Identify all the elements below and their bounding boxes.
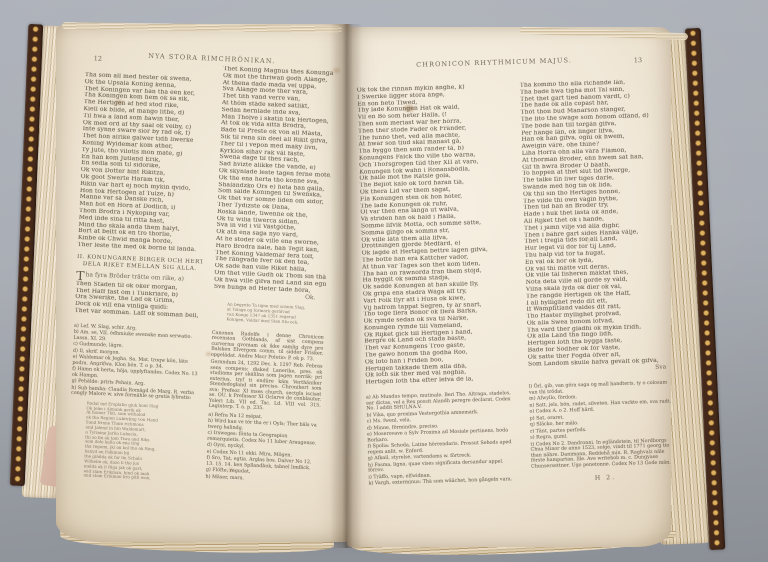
verse-lines: Tha kommo tho alla richande län,Tha bade… [520,78,676,368]
photo-backdrop: 12 NYA STORA RIMCHRÖNIKAN. Tha som all m… [0,0,768,562]
right-page-column-2: Tha kommo tho alla richande län,Tha bade… [520,78,680,484]
right-page-number: 13 [634,56,643,64]
footnotes: a) Lef. W. Slag, schir. Arg.b) Am. se, V… [71,323,200,401]
footnote-paragraph: Gerandum 24, 1292 Dec. k. 1297 Reb. Febr… [209,360,323,414]
drop-cap: T [76,271,85,281]
left-page-column-2: Thet Koning Magnus thes Konunga tänkte,O… [205,66,335,489]
footnote: t) Codex No 2. Dandronni. In egländstein… [530,438,679,470]
footnote-epigraph: An begynte Ta ligne med schnin Slag,at T… [226,303,317,326]
footnotes: a) Ab Mundus tempo, mutinale. Beri Tho. … [366,391,519,487]
verse-lines: Tha som all med hester ok swena,Ok the U… [77,72,211,254]
section-heading: II. KONUNGARNE BIRGER OCH HERTIGARNEDELA… [77,254,203,273]
footnote-paragraphs: Canonen Rudolfe i denne Chronicon recens… [209,330,324,414]
signature-mark: H 2. [531,473,679,484]
verse-lines: Then Staden til ok oker morgan,Thet Haff… [75,281,202,320]
left-page-column-1: Tha som all med hester ok swena,Ok the U… [67,72,211,483]
footnotes: l) Örl, gib, van göra saga og mall handt… [529,381,679,470]
verse-line: ha fyra Bröder trätte om rike, a) [85,271,184,282]
right-page-content: CHRONICON RHYTHMICUM MAJUS. 13 Ok tok th… [356,53,682,524]
footnote-paragraph: Canonen Rudolfe i denne Chronicon recens… [211,330,324,362]
verse-lines: Thet Koning Magnus thes Konunga tänkte,O… [214,66,336,295]
footnotes: a) Refra Na 12 mäpat.b) Wird kan ve tör … [205,412,320,484]
verse-lines: Ok tok the rinnan mykin änghe, k)I Sweri… [357,83,516,386]
left-page-content: 12 NYA STORA RIMCHRÖNIKAN. Tha som all m… [65,49,337,534]
right-page-column-1: Ok tok the rinnan mykin änghe, k)I Sweri… [357,83,519,489]
footnote-quotation: Radat ind Ersplatio gjuk hont SlagOk Jel… [83,401,196,483]
